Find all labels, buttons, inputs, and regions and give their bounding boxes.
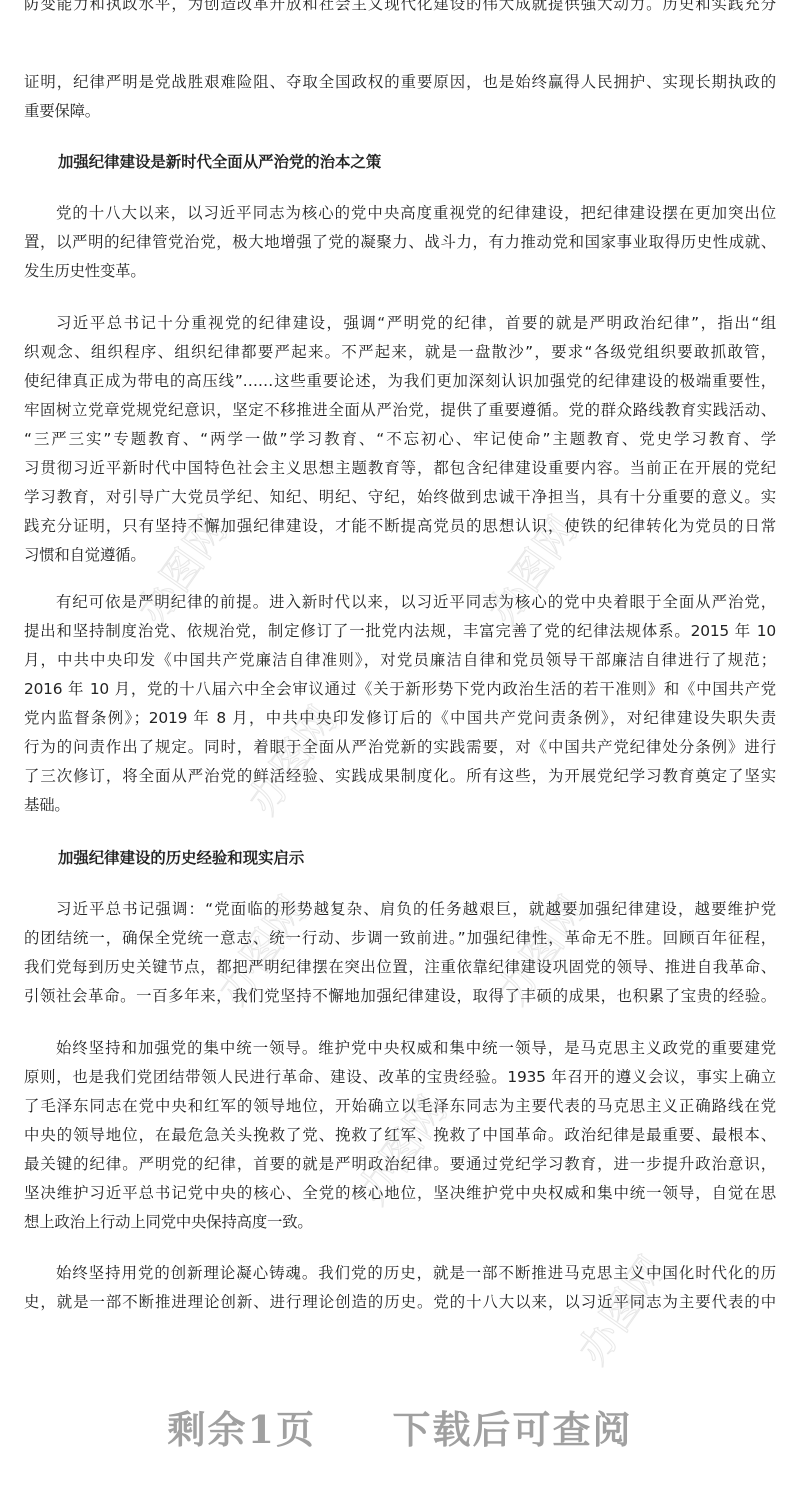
download-to-view-label[interactable]: 下载后可查阅 bbox=[392, 1400, 632, 1460]
paragraph-line: 了毛泽东同志在党中央和红军的领导地位，开始确立以毛泽东同志为主要代表的马克思主义… bbox=[24, 1092, 776, 1121]
paragraph-line: 了三次修订，将全面从严治党的鲜活经验、实践成果制度化。所有这些，为开展党纪学习教… bbox=[24, 762, 776, 791]
paragraph-line: 的团结统一，确保全党统一意志、统一行动、步调一致前进。”加强纪律性，革命无不胜。… bbox=[24, 924, 776, 953]
paragraph-line: 我们党每到历史关键节点，都把严明纪律摆在突出位置，注重依靠纪律建设巩固党的领导、… bbox=[24, 953, 776, 982]
paragraph-line: 想上政治上行动上同党中央保持高度一致。 bbox=[24, 1208, 776, 1237]
paragraph-line: 习贯彻习近平新时代中国特色社会主义思想主题教育等，都包含纪律建设重要内容。当前正… bbox=[24, 454, 776, 483]
paragraph-line: 最关键的纪律。严明党的纪律，首要的就是严明政治纪律。要通过党纪学习教育，进一步提… bbox=[24, 1150, 776, 1179]
paragraph-line: 防变能力和执政水平，为创造改革开放和社会主义现代化建设的伟大成就提供强大动力。历… bbox=[24, 0, 776, 19]
paragraph-line: 原则，也是我们党团结带领人民进行革命、建设、改革的宝贵经验。1935 年召开的遵… bbox=[24, 1063, 776, 1092]
paragraph-line: 行为的问责作出了规定。同时，着眼于全面从严治党新的实践需要，对《中国共产党纪律处… bbox=[24, 733, 776, 762]
paragraph-line: 始终坚持和加强党的集中统一领导。维护党中央权威和集中统一领导，是马克思主义政党的… bbox=[56, 1034, 776, 1063]
paragraph-line: 使纪律真正成为带电的高压线”……这些重要论述，为我们更加深刻认识加强党的纪律建设… bbox=[24, 367, 776, 396]
paragraph-line: 史，就是一部不断推进理论创新、进行理论创造的历史。党的十八大以来，以习近平同志为… bbox=[24, 1288, 776, 1317]
paragraph-line: 基础。 bbox=[24, 791, 776, 820]
remaining-pages-label: 剩余1页 bbox=[168, 1400, 316, 1460]
paragraph-line: 中央的领导地位，在最危急关头挽救了党、挽救了红军、挽救了中国革命。政治纪律是最重… bbox=[24, 1121, 776, 1150]
section-heading: 加强纪律建设是新时代全面从严治党的治本之策 bbox=[58, 148, 381, 177]
paragraph-line: 织观念、组织程序、组织纪律都要严起来。不严起来，就是一盘散沙”，要求“各级党组织… bbox=[24, 338, 776, 367]
paragraph-line: 习惯和自觉遵循。 bbox=[24, 541, 776, 570]
paragraph-line: 证明，纪律严明是党战胜艰难险阻、夺取全国政权的重要原因，也是始终赢得人民拥护、实… bbox=[24, 68, 776, 97]
paragraph-line: 2016 年 10 月，党的十八届六中全会审议通过《关于新形势下党内政治生活的若… bbox=[24, 675, 776, 704]
download-prompt-banner[interactable]: 剩余1页 下载后可查阅 bbox=[0, 1400, 800, 1460]
paragraph-line: 牢固树立党章党规党纪意识，坚定不移推进全面从严治党，提供了重要遵循。党的群众路线… bbox=[24, 396, 776, 425]
paragraph-line: 发生历史性变革。 bbox=[24, 257, 776, 286]
paragraph-line: 引领社会革命。一百多年来，我们党坚持不懈地加强纪律建设，取得了丰硕的成果，也积累… bbox=[24, 982, 776, 1011]
paragraph-line: 置，以严明的纪律管党治党，极大地增强了党的凝聚力、战斗力，有力推动党和国家事业取… bbox=[24, 228, 776, 257]
section-heading: 加强纪律建设的历史经验和现实启示 bbox=[58, 844, 304, 873]
paragraph-line: 坚决维护习近平总书记党中央的核心、全党的核心地位，坚决维护党中央权威和集中统一领… bbox=[24, 1179, 776, 1208]
paragraph-line: 重要保障。 bbox=[24, 97, 776, 126]
paragraph-line: 始终坚持用党的创新理论凝心铸魂。我们党的历史，就是一部不断推进马克思主义中国化时… bbox=[56, 1259, 776, 1288]
paragraph-line: 党的十八大以来，以习近平同志为核心的党中央高度重视党的纪律建设，把纪律建设摆在更… bbox=[56, 199, 776, 228]
paragraph-line: “三严三实”专题教育、“两学一做”学习教育、“不忘初心、牢记使命”主题教育、党史… bbox=[24, 425, 776, 454]
paragraph-line: 学习教育，对引导广大党员学纪、知纪、明纪、守纪，始终做到忠诚干净担当，具有十分重… bbox=[24, 483, 776, 512]
paragraph-line: 提出和坚持制度治党、依规治党，制定修订了一批党内法规，丰富完善了党的纪律法规体系… bbox=[24, 617, 776, 646]
paragraph-line: 践充分证明，只有坚持不懈加强纪律建设，才能不断提高党员的思想认识，使铁的纪律转化… bbox=[24, 512, 776, 541]
paragraph-line: 习近平总书记十分重视党的纪律建设，强调“严明党的纪律，首要的就是严明政治纪律”，… bbox=[56, 309, 776, 338]
paragraph-line: 月，中共中央印发《中国共产党廉洁自律准则》，对党员廉洁自律和党员领导干部廉洁自律… bbox=[24, 646, 776, 675]
paragraph-line: 党内监督条例》；2019 年 8 月，中共中央印发修订后的《中国共产党问责条例》… bbox=[24, 704, 776, 733]
paragraph-line: 有纪可依是严明纪律的前提。进入新时代以来，以习近平同志为核心的党中央着眼于全面从… bbox=[56, 588, 776, 617]
paragraph-line: 习近平总书记强调：“党面临的形势越复杂、肩负的任务越艰巨，就越要加强纪律建设，越… bbox=[56, 895, 776, 924]
